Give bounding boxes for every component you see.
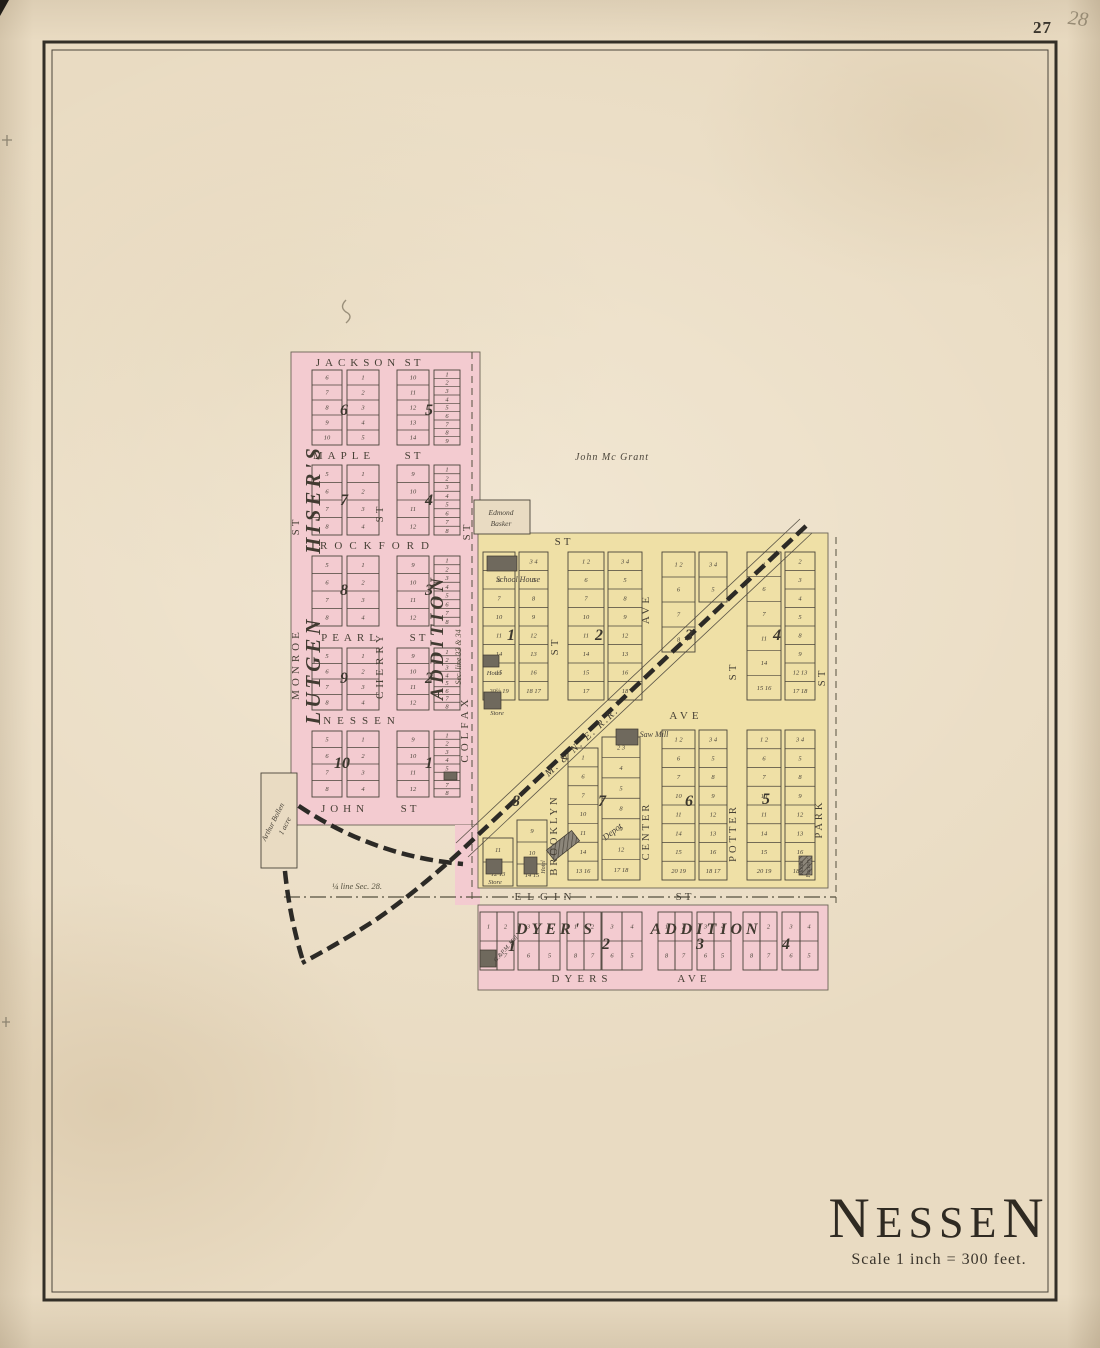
lot-number: 14: [580, 849, 587, 856]
lot-number: 16: [530, 669, 537, 676]
block1-lot6-building: [444, 772, 457, 780]
lot-number: 11: [496, 632, 502, 639]
block-number: 6: [340, 402, 348, 419]
street-label: BROOKLYN: [549, 794, 560, 875]
street-label: ST: [405, 357, 424, 369]
map-label: ADDITION: [427, 574, 448, 701]
street-label: ST: [401, 803, 420, 815]
street-label: ST: [405, 450, 424, 462]
lot-number: 10: [583, 614, 590, 621]
map-label: Store: [488, 879, 502, 886]
lot-number: 17 18: [793, 688, 808, 695]
map-label: HISER'S: [301, 444, 325, 555]
lot-number: 3 4: [795, 737, 805, 744]
lot-number: 14: [761, 660, 768, 667]
store-building: [484, 692, 501, 709]
street-label: ST: [461, 522, 473, 541]
lot-number: 17: [583, 688, 590, 695]
lot-number: 16: [622, 669, 629, 676]
lot-number: 12: [530, 632, 537, 639]
lot-number: 11: [410, 506, 416, 513]
map-title: NESSEN: [824, 1190, 1054, 1247]
lot-number: 15: [583, 669, 590, 676]
hotel-building: [483, 655, 499, 667]
hotel-building-2: [524, 857, 537, 874]
map-label: Hotel: [541, 860, 547, 875]
lot-number: 11: [410, 597, 416, 604]
lot-number: 11: [761, 636, 767, 643]
lot-number: 12: [710, 812, 717, 819]
lot-number: 14: [761, 830, 768, 837]
lot-number: 14: [675, 830, 682, 837]
block-number: 2: [601, 936, 610, 953]
lot-number: 1: [445, 558, 448, 565]
pencil-page-number: 28: [1067, 7, 1090, 32]
block-number: 3: [695, 936, 704, 953]
edmond-basker-parcel: [474, 500, 530, 534]
lot-number: 13: [710, 830, 717, 837]
margin-tick: [2, 1017, 10, 1027]
lot-number: 1: [445, 467, 448, 474]
margin-tick: [2, 135, 12, 146]
lot-number: 1 2: [674, 737, 683, 744]
title-block: NESSEN Scale 1 inch = 300 feet.: [824, 1190, 1054, 1269]
map-label: Store: [490, 710, 504, 717]
block-number: 5: [762, 791, 770, 808]
street-label: ST: [410, 632, 429, 644]
lot-number: 1: [361, 375, 364, 382]
street-label: AVE: [640, 594, 652, 624]
street-label: ST: [555, 536, 574, 548]
map-label: Factory: [806, 858, 812, 878]
lot-number: 15: [675, 849, 682, 856]
pencil-squiggle: [343, 300, 351, 323]
lot-number: 3 4: [708, 737, 718, 744]
lot-number: 3 4: [620, 558, 630, 565]
street-label: ROCKFORD: [320, 540, 436, 552]
lot-number: 10: [529, 850, 536, 857]
lot-number: 1: [487, 924, 490, 931]
lot-number: 15 16: [757, 685, 772, 692]
lot-number: 20 19: [757, 868, 772, 875]
lot-number: 1 2: [674, 562, 683, 569]
lot-number: 10: [410, 668, 417, 675]
street-label: CENTER: [641, 802, 652, 861]
lot-number: 12: [410, 614, 417, 621]
map-label: Sec. line 33 & 34: [454, 629, 463, 684]
lot-number: 10: [324, 435, 331, 442]
block-number: 6: [685, 793, 693, 810]
lutgen-hisers-addition-area: [291, 352, 480, 825]
lot-number: 18 17: [706, 868, 721, 875]
block-number: 1: [425, 755, 433, 772]
lot-number: 13: [797, 830, 804, 837]
street-label: ELGIN: [515, 891, 578, 903]
lot-number: 2 3: [617, 744, 626, 751]
block-number: 3: [684, 627, 693, 644]
block-number: 10: [334, 755, 350, 772]
plat-map: 6789101234510111213141234567895678123491…: [0, 0, 1100, 1348]
street-label: PARK: [814, 799, 825, 838]
lot-number: 20 19: [671, 868, 686, 875]
street-label: AVE: [669, 710, 702, 722]
block-number: 9: [340, 670, 348, 687]
block-number: 7: [598, 793, 607, 810]
lot-number: 12: [410, 786, 417, 793]
street-label: NESSEN: [323, 715, 401, 727]
lot-number: 1 2: [760, 737, 769, 744]
lot-number: 1: [445, 371, 448, 378]
street-label: ST: [374, 504, 386, 523]
saw-mill-building: [616, 729, 638, 745]
lot-number: 11: [410, 684, 416, 691]
printed-page-number: 27: [1033, 18, 1052, 38]
lot-number: 16: [710, 849, 717, 856]
lot-number: 18: [622, 688, 629, 695]
block-number: 8: [512, 793, 520, 810]
map-label: Basker: [491, 519, 512, 528]
lot-number: 12 13: [793, 669, 808, 676]
map-label: John Mc Grant: [575, 452, 649, 463]
lot-number: 10: [410, 579, 417, 586]
lot-number: 10: [410, 488, 417, 495]
lot-number: 11: [495, 847, 501, 854]
street-label: JOHN: [321, 803, 369, 815]
street-label: AVE: [677, 973, 710, 985]
lot-number: 11: [761, 812, 767, 819]
lot-number: 13: [410, 420, 417, 427]
block-number: 2: [594, 627, 603, 644]
block-number: 4: [424, 492, 433, 509]
street-label: ST: [727, 662, 739, 681]
street-label: JACKSON: [316, 357, 401, 369]
lot-number: 12: [797, 812, 804, 819]
school-house-building: [487, 556, 517, 571]
lot-number: 15: [761, 849, 768, 856]
map-label: Hame: [799, 861, 805, 877]
lot-number: 12: [622, 632, 629, 639]
map-label: LUTGEN: [301, 615, 325, 725]
store-building-2: [486, 859, 502, 874]
lot-number: 3 4: [528, 558, 538, 565]
street-label: ST: [549, 637, 561, 656]
block-number: 1: [507, 627, 515, 644]
lot-number: 1: [361, 653, 364, 660]
lot-number: 1: [581, 755, 584, 762]
lot-number: 11: [410, 769, 416, 776]
street-label: DYERS: [551, 973, 612, 985]
street-label: ST: [816, 668, 828, 687]
lot-number: 11: [410, 390, 416, 397]
street-label: POTTER: [728, 804, 739, 862]
lot-number: 10: [675, 793, 682, 800]
map-label: DYER'S: [515, 921, 596, 938]
map-label: ADDITION: [649, 921, 761, 938]
lot-number: 10: [496, 614, 503, 621]
block-number: 8: [340, 582, 348, 599]
lot-number: 11: [583, 632, 589, 639]
lot-number: 12: [618, 847, 625, 854]
block-number: 7: [340, 492, 349, 509]
street-label: COLFAX: [459, 695, 471, 762]
lot-number: 13 16: [576, 868, 591, 875]
lot-number: 11: [580, 830, 586, 837]
lot-number: 13: [622, 651, 629, 658]
scan-corner-mark: [0, 0, 9, 16]
block-number: 4: [781, 936, 790, 953]
street-label: CHERRY: [374, 631, 386, 699]
lot-number: 1 2: [582, 558, 591, 565]
lot-number: 3 4: [708, 562, 718, 569]
lot-number: 12: [410, 699, 417, 706]
street-label: PEARL: [321, 632, 381, 644]
lot-number: 11: [675, 812, 681, 819]
map-label: ¼ line Sec. 28.: [332, 881, 382, 891]
lot-number: 10: [410, 753, 417, 760]
lot-number: 10: [580, 811, 587, 818]
block-number: 5: [425, 402, 433, 419]
map-label: Hotel: [486, 670, 502, 677]
map-label: Saw Mill: [640, 730, 669, 739]
lot-number: 12: [410, 523, 417, 530]
map-label: School House: [496, 575, 541, 584]
lot-number: 14: [583, 651, 590, 658]
lot-number: 16: [797, 849, 804, 856]
lot-number: 1: [445, 732, 448, 739]
lot-number: 10: [410, 375, 417, 382]
map-label: Edmond: [488, 508, 514, 517]
map-scale: Scale 1 inch = 300 feet.: [824, 1251, 1054, 1269]
lot-number: 14: [410, 435, 417, 442]
street-label: ST: [676, 891, 695, 903]
block-number: 4: [772, 627, 781, 644]
lot-number: 18 17: [526, 688, 541, 695]
lot-number: 12: [410, 405, 417, 412]
lot-number: 1: [361, 562, 364, 569]
lot-number: 1: [361, 471, 364, 478]
lot-number: 13: [530, 651, 537, 658]
dyers-addition-area: [478, 905, 828, 990]
lot-number: 1: [361, 736, 364, 743]
lot-number: 17 18: [614, 867, 629, 874]
